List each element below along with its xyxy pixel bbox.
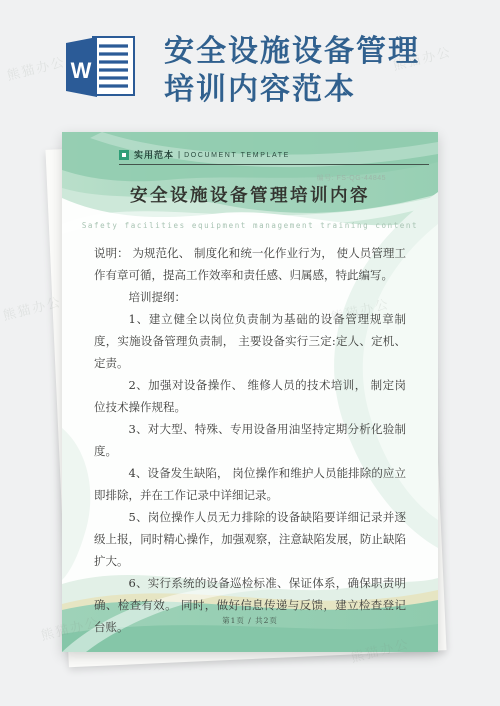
outline-item-1: 1、建立健全以岗位负责制为基础的设备管理规章制度，实施设备管理负责制， 主要设备… <box>94 308 406 374</box>
site-watermark: 熊猫办公 <box>5 51 68 84</box>
outline-label: 培训提纲： <box>94 286 406 308</box>
word-icon-graphic: W <box>62 33 138 101</box>
document-page: 实用范本 | DOCUMENT TEMPLATE 编号: FS-QG-44845… <box>62 132 438 652</box>
page-title-line1: 安全设施设备管理 <box>164 33 420 71</box>
outline-item-6: 6、实行系统的设备巡检标准、保证体系，确保职责明确、检查有效。 同时，做好信息传… <box>94 572 406 638</box>
page-title: 安全设施设备管理 培训内容范本 <box>164 33 420 109</box>
document-banner: 实用范本 | DOCUMENT TEMPLATE <box>119 148 429 165</box>
outline-item-3: 3、对大型、特殊、专用设备用油坚持定期分析化验制度。 <box>94 418 406 462</box>
svg-text:W: W <box>71 58 92 83</box>
banner-en-label: DOCUMENT TEMPLATE <box>184 151 290 159</box>
outline-item-4: 4、设备发生缺陷， 岗位操作和维护人员能排除的应立即排除，并在工作记录中详细记录… <box>94 462 406 506</box>
banner-separator: | <box>178 150 180 159</box>
word-icon: W <box>62 33 138 101</box>
outline-item-2: 2、加强对设备操作、 维修人员的技术培训， 制定岗位技术操作规程。 <box>94 374 406 418</box>
screenshot-root: W 安全设施设备管理 培训内容范本 <box>0 0 500 706</box>
doc-description: 说明： 为规范化、 制度化和统一化作业行为， 使人员管理工作有章可循，提高工作效… <box>94 242 406 286</box>
banner-cn-label: 实用范本 <box>134 148 174 161</box>
page-title-line2: 培训内容范本 <box>164 71 420 109</box>
outline-item-5: 5、岗位操作人员无力排除的设备缺陷要详细记录并逐级上报，同时精心操作，加强观察，… <box>94 506 406 572</box>
doc-subtitle-en: Safety facilities equipment management t… <box>62 221 438 230</box>
preview-header: W 安全设施设备管理 培训内容范本 <box>62 33 420 109</box>
doc-body: 说明： 为规范化、 制度化和统一化作业行为， 使人员管理工作有章可循，提高工作效… <box>94 242 406 638</box>
page-number: 第1页 / 共2页 <box>62 615 438 626</box>
doc-title: 安全设施设备管理培训内容 <box>62 182 438 207</box>
template-logo-icon <box>119 150 129 160</box>
